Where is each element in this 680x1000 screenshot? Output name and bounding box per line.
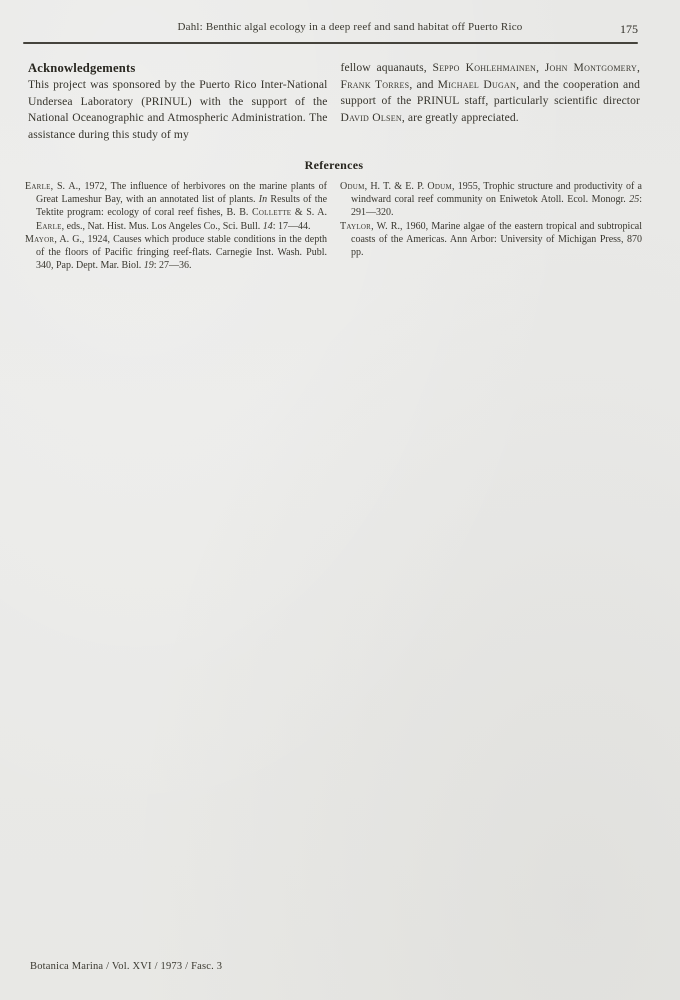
text-segment: Earle [25,181,51,192]
reference-entry: Earle, S. A., 1972, The influence of her… [25,180,327,233]
text-segment: 14 [263,221,273,232]
references-heading: References [28,158,640,173]
acknowledgements-heading: Acknowledgements [28,60,328,77]
acknowledgements-section: Acknowledgements This project was sponso… [28,60,640,143]
acknowledgements-left-column: Acknowledgements This project was sponso… [28,60,328,143]
text-segment: David Olsen [341,111,402,124]
text-segment: Earle [36,221,62,232]
text-segment: This project was sponsored by the Puerto… [28,78,328,141]
reference-entry: Mayor, A. G., 1924, Causes which produce… [25,233,327,273]
journal-footer-line: Botanica Marina / Vol. XVI / 1973 / Fasc… [30,961,222,972]
text-segment: In [259,194,267,205]
text-segment: Collette [252,207,291,218]
text-segment: 25 [629,194,639,205]
text-segment: , W. R., 1960, Marine algae of the easte… [351,221,642,258]
text-segment: Mayor [25,234,54,245]
acknowledgements-text-left: This project was sponsored by the Puerto… [28,77,328,143]
text-segment: Frank Torres [341,78,410,91]
references-column-left: Earle, S. A., 1972, The influence of her… [25,180,327,272]
acknowledgements-text-right: fellow aquanauts, Seppo Kohlehmainen, Jo… [341,60,641,126]
references-section: Earle, S. A., 1972, The influence of her… [25,180,642,272]
scanned-paper-page: Dahl: Benthic algal ecology in a deep re… [0,0,680,1000]
text-segment: John Montgomery [545,61,637,74]
text-segment: , [536,61,545,74]
text-segment: , and [409,78,437,91]
text-segment: 19 [144,260,154,271]
reference-entry: Taylor, W. R., 1960, Marine algae of the… [340,220,642,260]
text-segment: , [637,61,640,74]
acknowledgements-right-column: fellow aquanauts, Seppo Kohlehmainen, Jo… [341,60,641,143]
running-head: Dahl: Benthic algal ecology in a deep re… [60,21,640,36]
text-segment: : 17—44. [273,221,311,232]
text-segment: Odum [427,181,452,192]
text-segment: : 27—36. [154,260,192,271]
text-segment: Michael Dugan [438,78,516,91]
page-number: 175 [620,22,638,37]
running-head-title: Dahl: Benthic algal ecology in a deep re… [178,21,523,33]
text-segment: , are greatly appreciated. [402,111,519,124]
header-rule [23,42,638,44]
text-segment: & S. A. [291,207,327,218]
text-segment: , H. T. & E. P. [365,181,428,192]
text-segment: Seppo Kohlehmainen [432,61,536,74]
reference-entry: Odum, H. T. & E. P. Odum, 1955, Trophic … [340,180,642,220]
text-segment: , eds., Nat. Hist. Mus. Los Angeles Co.,… [62,221,263,232]
text-segment: Odum [340,181,365,192]
text-segment: fellow aquanauts, [341,61,433,74]
text-segment: Taylor [340,221,371,232]
references-column-right: Odum, H. T. & E. P. Odum, 1955, Trophic … [340,180,642,272]
